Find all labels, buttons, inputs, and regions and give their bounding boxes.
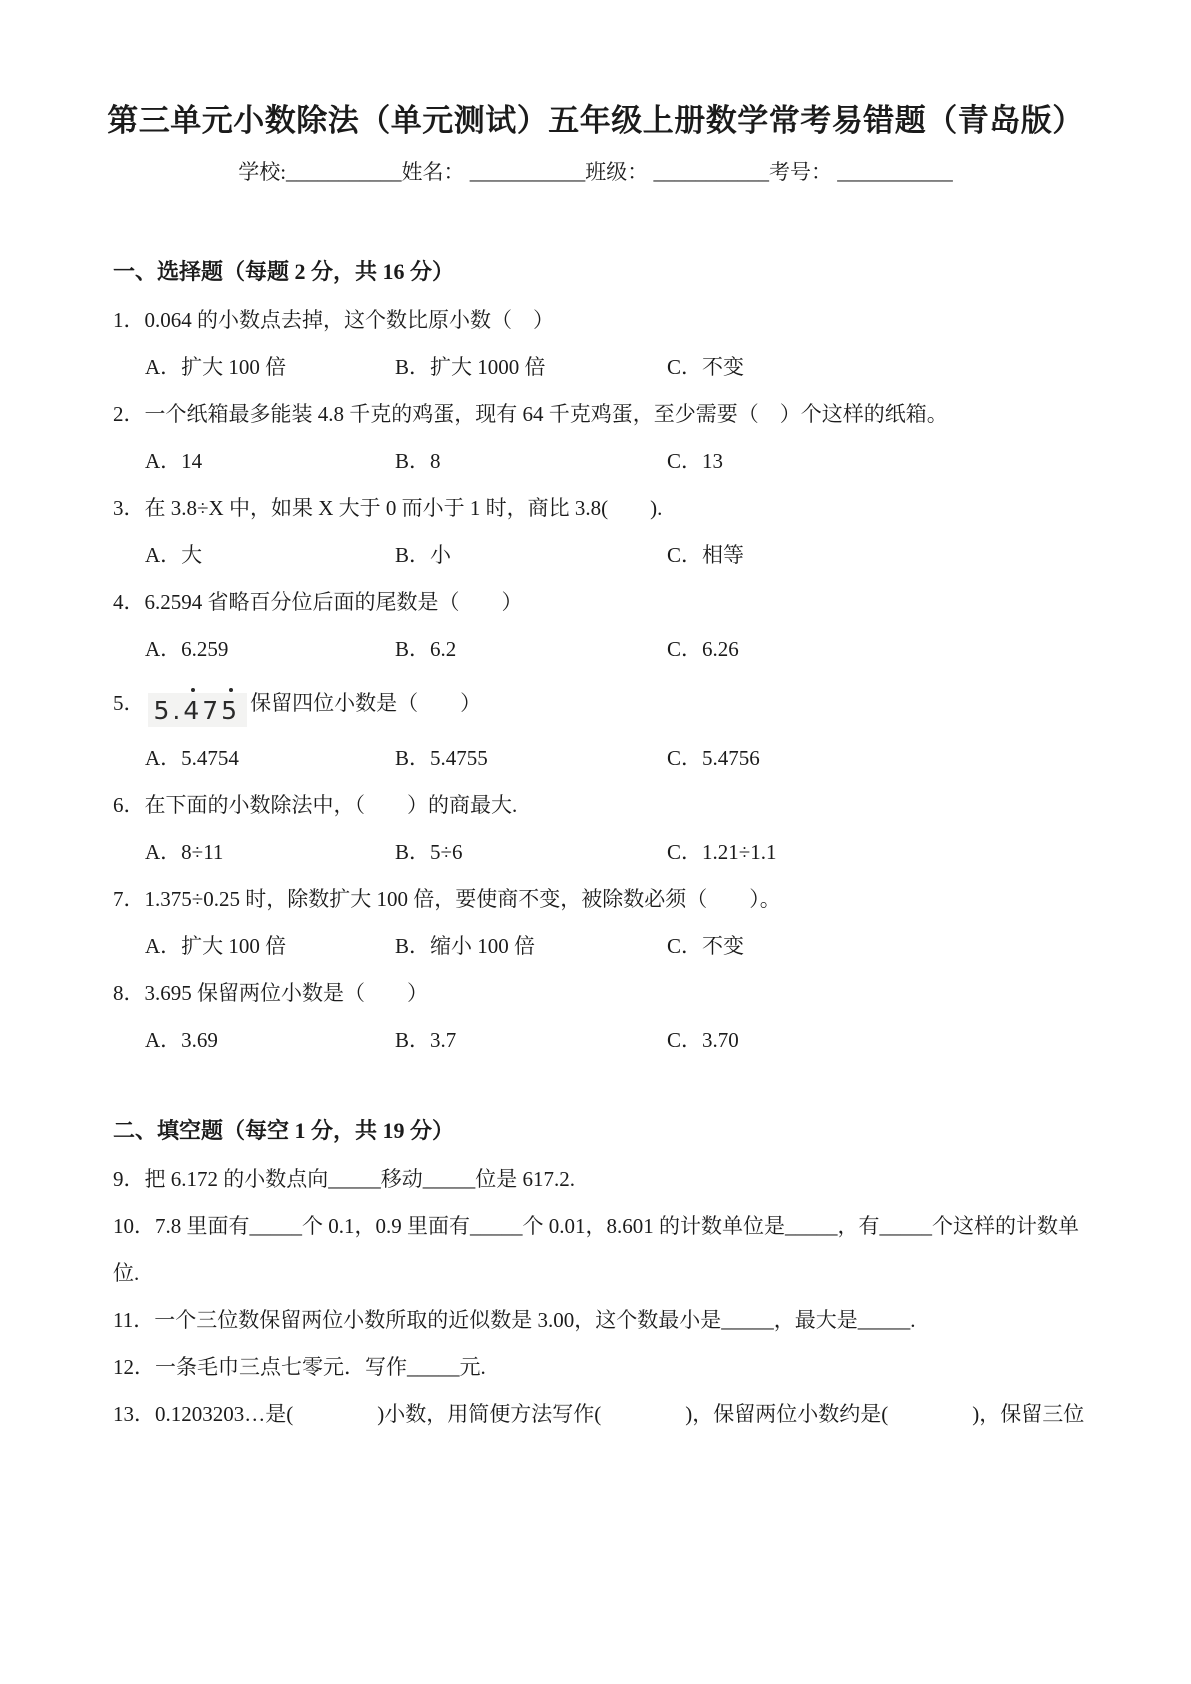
spacer	[0, 1062, 1191, 1107]
question-13-text: 13．0.1203203…是( )小数，用简便方法写作( )，保留两位小数约是(…	[0, 1389, 1191, 1436]
section2-heading: 二、填空题（每空 1 分，共 19 分）	[0, 1107, 1191, 1154]
option-c: C．6.26	[667, 633, 1191, 663]
question-4-options: A．6.259 B．6.2 C．6.26	[0, 624, 1191, 671]
option-c: C．1.21÷1.1	[667, 836, 1191, 866]
exam-no-label: 考号：	[769, 160, 832, 184]
option-b: B．5.4755	[395, 742, 667, 772]
question-10-text-line2: 位.	[0, 1248, 1191, 1295]
option-c: C．13	[667, 445, 1191, 475]
question-8-text: 8．3.695 保留两位小数是（ ）	[0, 968, 1191, 1015]
name-label: 姓名：	[402, 160, 465, 184]
spacer	[0, 188, 1191, 248]
question-1-options: A．扩大 100 倍 B．扩大 1000 倍 C．不变	[0, 342, 1191, 389]
question-1-text: 1．0.064 的小数点去掉，这个数比原小数（ ）	[0, 295, 1191, 342]
question-10-text-line1: 10．7.8 里面有_____个 0.1，0.9 里面有_____个 0.01，…	[0, 1201, 1191, 1248]
option-b: B．6.2	[395, 633, 667, 663]
option-b: B．8	[395, 445, 667, 475]
repeating-decimal-image: 5.475	[148, 693, 248, 727]
class-label: 班级：	[585, 160, 648, 184]
option-b: B．小	[395, 539, 667, 569]
question-5-suffix: 保留四位小数是（ ）	[250, 687, 481, 717]
option-a: A．14	[145, 445, 395, 475]
question-6-options: A．8÷11 B．5÷6 C．1.21÷1.1	[0, 827, 1191, 874]
option-c: C．5.4756	[667, 742, 1191, 772]
school-blank: ___________	[286, 160, 402, 184]
option-c: C．不变	[667, 351, 1191, 381]
question-6-text: 6．在下面的小数除法中，（ ）的商最大.	[0, 780, 1191, 827]
option-a: A．6.259	[145, 633, 395, 663]
exam-no-field: 考号： ___________	[769, 156, 953, 186]
question-12-text: 12．一条毛巾三点七零元．写作_____元.	[0, 1342, 1191, 1389]
exam-document-page: 第三单元小数除法（单元测试）五年级上册数学常考易错题（青岛版） 学校:_____…	[0, 0, 1191, 1684]
option-b: B．5÷6	[395, 836, 667, 866]
option-b: B．缩小 100 倍	[395, 930, 667, 960]
question-5-number: 5．	[113, 687, 145, 717]
name-blank: ___________	[465, 160, 586, 184]
dotted-digit-4: 4	[183, 696, 202, 725]
question-8-options: A．3.69 B．3.7 C．3.70	[0, 1015, 1191, 1062]
option-b: B．扩大 1000 倍	[395, 351, 667, 381]
option-c: C．不变	[667, 930, 1191, 960]
digit-7: 7	[202, 696, 221, 725]
option-c: C．3.70	[667, 1024, 1191, 1054]
student-info-line: 学校:___________姓名： ___________班级： _______…	[0, 156, 1191, 188]
school-field: 学校:___________	[238, 156, 401, 186]
option-a: A．扩大 100 倍	[145, 930, 395, 960]
dotted-digit-5: 5	[221, 696, 240, 725]
option-b: B．3.7	[395, 1024, 667, 1054]
option-a: A．5.4754	[145, 742, 395, 772]
question-7-options: A．扩大 100 倍 B．缩小 100 倍 C．不变	[0, 921, 1191, 968]
school-label: 学校:	[238, 160, 286, 184]
option-c: C．相等	[667, 539, 1191, 569]
option-a: A．3.69	[145, 1024, 395, 1054]
question-3-options: A．大 B．小 C．相等	[0, 530, 1191, 577]
question-9-text: 9．把 6.172 的小数点向_____移动_____位是 617.2.	[0, 1154, 1191, 1201]
question-5-text: 5． 5.475 保留四位小数是（ ）	[0, 671, 1191, 733]
page-title: 第三单元小数除法（单元测试）五年级上册数学常考易错题（青岛版）	[0, 0, 1191, 143]
question-11-text: 11．一个三位数保留两位小数所取的近似数是 3.00，这个数最小是_____，最…	[0, 1295, 1191, 1342]
question-4-text: 4．6.2594 省略百分位后面的尾数是（ ）	[0, 577, 1191, 624]
question-2-text: 2．一个纸箱最多能装 4.8 千克的鸡蛋，现有 64 千克鸡蛋，至少需要（ ）个…	[0, 389, 1191, 436]
question-2-options: A．14 B．8 C．13	[0, 436, 1191, 483]
exam-no-blank: ___________	[832, 160, 953, 184]
decimal-lead: 5.	[154, 696, 184, 725]
name-field: 姓名： ___________	[402, 156, 586, 186]
option-a: A．扩大 100 倍	[145, 351, 395, 381]
option-a: A．大	[145, 539, 395, 569]
class-blank: ___________	[648, 160, 769, 184]
question-3-text: 3．在 3.8÷X 中，如果 X 大于 0 而小于 1 时，商比 3.8( ).	[0, 483, 1191, 530]
section1-heading: 一、选择题（每题 2 分，共 16 分）	[0, 248, 1191, 295]
option-a: A．8÷11	[145, 836, 395, 866]
question-7-text: 7．1.375÷0.25 时，除数扩大 100 倍，要使商不变，被除数必须（ ）…	[0, 874, 1191, 921]
question-5-options: A．5.4754 B．5.4755 C．5.4756	[0, 733, 1191, 780]
class-field: 班级： ___________	[585, 156, 769, 186]
